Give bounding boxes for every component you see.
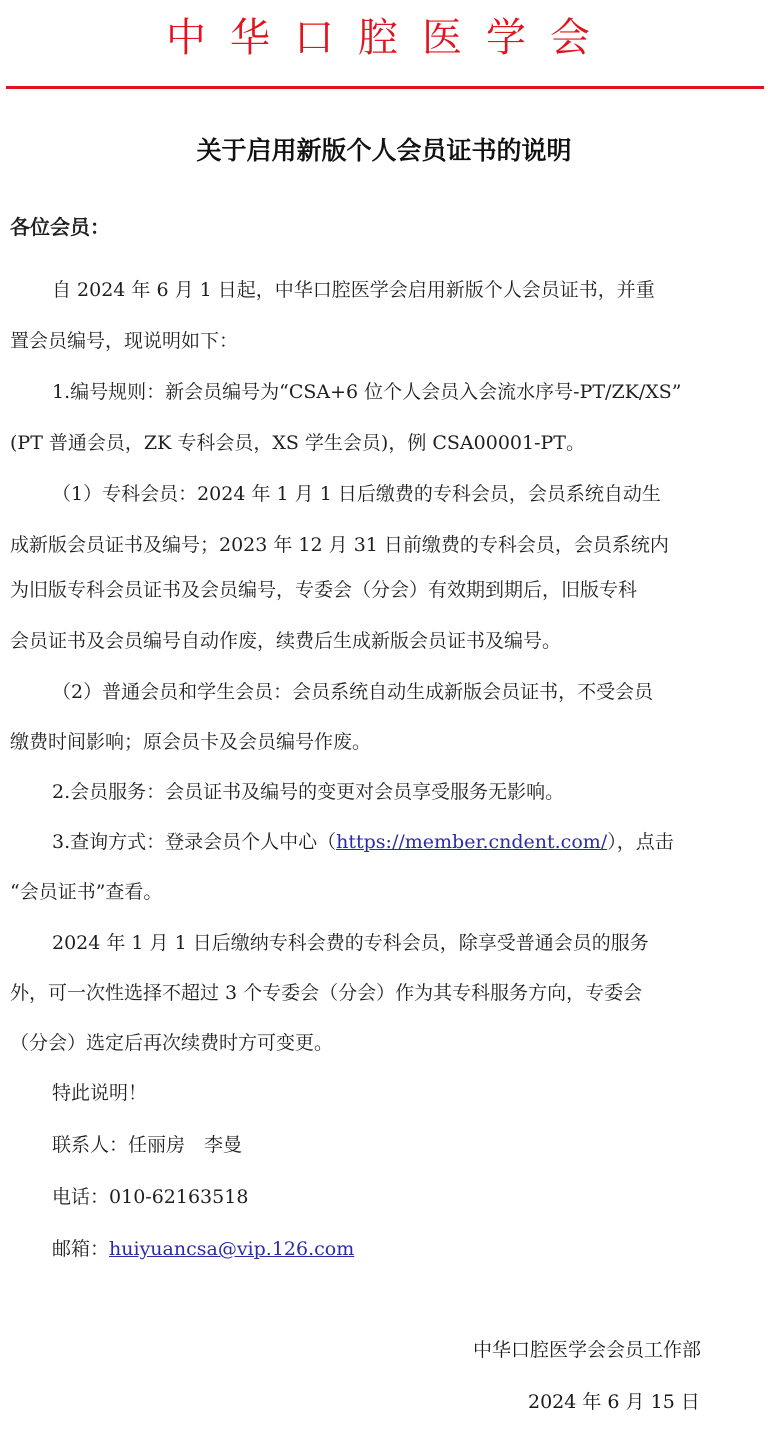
item3-suffix: ），点击: [607, 831, 674, 853]
item1-sub1-line-1: （1）专科会员：2024 年 1 月 1 日后缴费的专科会员，会员系统自动生: [52, 479, 768, 509]
note-line-2: 外，可一次性选择不超过 3 个专委会（分会）作为其专科服务方向，专委会: [10, 978, 755, 1008]
document-title: 关于启用新版个人会员证书的说明: [0, 133, 768, 169]
contact-persons: 联系人：任丽房 李曼: [52, 1130, 768, 1160]
item1-sub2-line-1: （2）普通会员和学生会员：会员系统自动生成新版会员证书，不受会员: [52, 677, 768, 707]
note-line-1: 2024 年 1 月 1 日后缴纳专科会费的专科会员，除享受普通会员的服务: [52, 928, 768, 958]
member-center-link[interactable]: https://member.cndent.com/: [336, 831, 607, 853]
contact-phone: 电话：010-62163518: [52, 1182, 768, 1212]
item2-line-1: 2.会员服务：会员证书及编号的变更对会员享受服务无影响。: [52, 777, 768, 807]
item1-sub2-line-2: 缴费时间影响；原会员卡及会员编号作废。: [10, 727, 755, 757]
email-link[interactable]: huiyuancsa@vip.126.com: [109, 1238, 354, 1260]
phone-number: 010-62163518: [109, 1186, 248, 1208]
item1-sub1-line-3: 为旧版专科会员证书及会员编号，专委会（分会）有效期到期后，旧版专科: [10, 575, 755, 605]
item1-sub1-line-4: 会员证书及会员编号自动作废，续费后生成新版会员证书及编号。: [10, 626, 755, 656]
item1-line-2: (PT 普通会员，ZK 专科会员，XS 学生会员)，例 CSA00001-PT。: [10, 428, 755, 458]
organization-letterhead: 中华口腔医学会: [0, 12, 768, 64]
email-label: 邮箱：: [52, 1238, 109, 1260]
intro-line-1: 自 2024 年 6 月 1 日起，中华口腔医学会启用新版个人会员证书，并重: [52, 275, 768, 305]
item3-line-1: 3.查询方式：登录会员个人中心（https://member.cndent.co…: [52, 827, 768, 857]
item1-line-1: 1.编号规则：新会员编号为“CSA+6 位个人会员入会流水序号-PT/ZK/XS…: [52, 377, 768, 407]
closing-remark: 特此说明！: [52, 1078, 768, 1108]
signature-department: 中华口腔医学会会员工作部: [473, 1335, 701, 1365]
intro-line-2: 置会员编号，现说明如下：: [10, 326, 755, 356]
item1-sub1-line-2: 成新版会员证书及编号；2023 年 12 月 31 日前缴费的专科会员，会员系统…: [10, 530, 755, 560]
phone-label: 电话：: [52, 1186, 109, 1208]
item3-prefix: 3.查询方式：登录会员个人中心（: [52, 831, 336, 853]
item3-line-2: “会员证书”查看。: [10, 877, 755, 907]
contact-email: 邮箱：huiyuancsa@vip.126.com: [52, 1234, 768, 1264]
salutation: 各位会员：: [10, 212, 755, 242]
note-line-3: （分会）选定后再次续费时方可变更。: [10, 1028, 755, 1058]
letterhead-divider: [6, 86, 764, 89]
signature-date: 2024 年 6 月 15 日: [528, 1387, 700, 1417]
